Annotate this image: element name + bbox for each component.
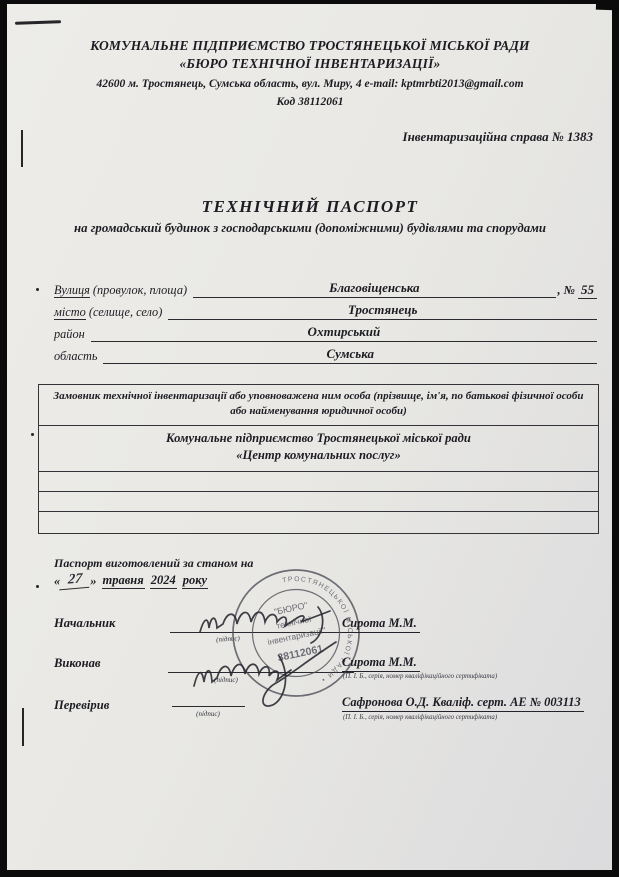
- org-address: 42600 м. Тростянець, Сумська область, ву…: [40, 78, 580, 90]
- scan-edge-top: [0, 0, 619, 4]
- customer-box-empty-row: [39, 512, 598, 533]
- quote-close: »: [90, 574, 96, 589]
- address-row-street: Вулиця (провулок, площа) Благовіщенська …: [54, 277, 597, 298]
- city-label: місто (селище, село): [54, 305, 168, 320]
- name-caption-executor: (П. І. Б., серія, номер кваліфікаційного…: [343, 673, 497, 680]
- staple-mark-top: [21, 130, 23, 167]
- pen-stroke-artifact: [15, 20, 61, 24]
- scan-edge-right: [612, 0, 619, 877]
- name-checker: Сафронова О.Д. Кваліф. серт. АЕ № 003113: [342, 695, 584, 712]
- customer-box-empty-row: [39, 492, 598, 512]
- org-name-line1: КОМУНАЛЬНЕ ПІДПРИЄМСТВО ТРОСТЯНЕЦЬКОЇ МІ…: [40, 38, 580, 54]
- street-label: Вулиця (провулок, площа): [54, 283, 193, 298]
- scan-edge-bottom: [0, 870, 619, 877]
- date-month: травня: [102, 573, 145, 589]
- customer-box-header: Замовник технічної інвентаризації або уп…: [39, 385, 598, 426]
- margin-dot-1: [36, 288, 39, 291]
- customer-box-empty-row: [39, 472, 598, 492]
- scan-edge-left: [0, 0, 7, 877]
- staple-mark-bottom: [22, 708, 24, 746]
- name-chief: Сирота М.М.: [342, 616, 420, 633]
- date-suffix: року: [182, 573, 208, 589]
- date-year: 2024: [150, 573, 177, 589]
- handwritten-day: 27: [60, 571, 91, 591]
- name-caption-checker: (П. І. Б., серія, номер кваліфікаційного…: [343, 714, 497, 721]
- district-label: район: [54, 327, 91, 342]
- org-code: Код 38112061: [40, 96, 580, 108]
- inventory-case-number: Інвентаризаційна справа № 1383: [403, 129, 593, 145]
- customer-name-line2: «Центр комунальних послуг»: [49, 447, 588, 464]
- signature-tail-chief: [311, 607, 323, 643]
- document-subtitle: на громадський будинок з господарськими …: [20, 221, 600, 236]
- scan-corner-top-right: [596, 0, 619, 10]
- street-value: Благовіщенська: [193, 280, 555, 298]
- address-row-district: район Охтирський: [54, 321, 597, 342]
- role-chief: Начальник: [54, 616, 115, 631]
- city-value: Тростянець: [168, 302, 597, 320]
- building-number: , № 55: [556, 282, 597, 298]
- region-value: Сумська: [103, 346, 597, 364]
- customer-box: Замовник технічної інвентаризації або уп…: [38, 384, 599, 534]
- signature-scrawl-chief: [200, 611, 330, 632]
- name-executor: Сирота М.М.: [342, 655, 420, 672]
- district-value: Охтирський: [91, 324, 597, 342]
- role-executor: Виконав: [54, 656, 101, 671]
- address-row-region: область Сумська: [54, 343, 597, 364]
- margin-dot-2: [31, 433, 34, 436]
- region-label: область: [54, 349, 103, 364]
- margin-dot-3: [36, 585, 39, 588]
- address-row-city: місто (селище, село) Тростянець: [54, 299, 597, 320]
- customer-box-value: Комунальне підприємство Тростянецької мі…: [39, 426, 598, 472]
- date-line: « 27 » травня 2024 року: [54, 572, 208, 589]
- role-checker: Перевірив: [54, 698, 109, 713]
- scanned-document-page: КОМУНАЛЬНЕ ПІДПРИЄМСТВО ТРОСТЯНЕЦЬКОЇ МІ…: [0, 0, 619, 877]
- customer-name-line1: Комунальне підприємство Тростянецької мі…: [49, 430, 588, 447]
- org-name-line2: «БЮРО ТЕХНІЧНОЇ ІНВЕНТАРИЗАЦІЇ»: [40, 56, 580, 72]
- document-title: ТЕХНІЧНИЙ ПАСПОРТ: [40, 197, 580, 217]
- signature-tail-executor: [263, 642, 336, 706]
- date-intro: Паспорт виготовлений за станом на: [54, 556, 253, 571]
